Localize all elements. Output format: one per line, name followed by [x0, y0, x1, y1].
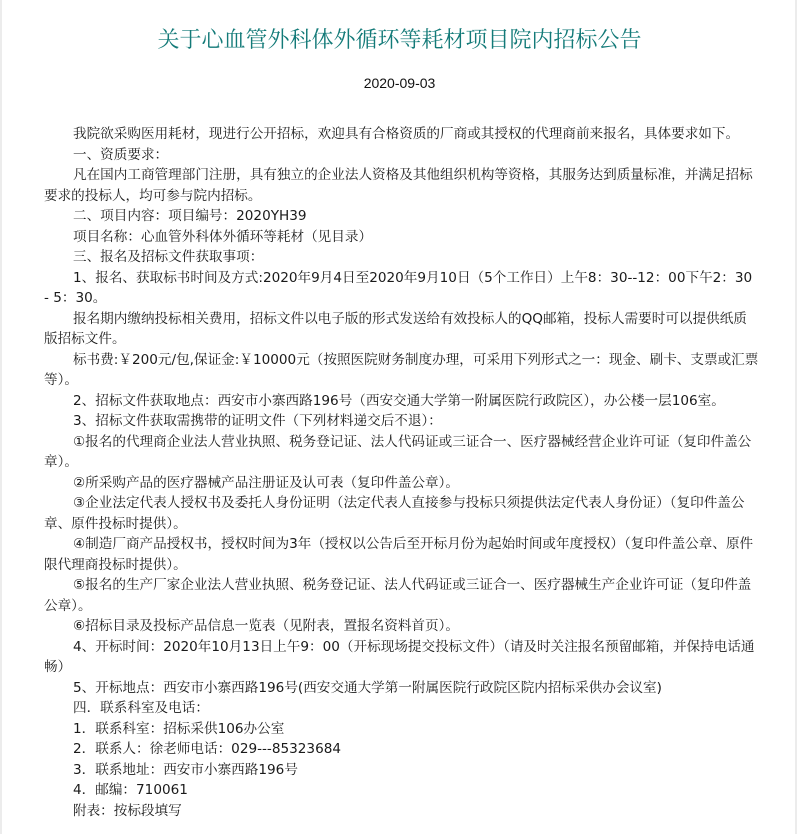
- contact-office: 1．联系科室：招标采供106办公室: [44, 719, 759, 740]
- postal-code: 4．邮编：710061: [44, 780, 759, 801]
- page-title: 关于心血管外科体外循环等耗材项目院内招标公告: [0, 26, 799, 56]
- attachment-note: 附表：按标段填写: [44, 801, 759, 822]
- document-pickup-location: 2、招标文件获取地点：西安市小寨西路196号（西安交通大学第一附属医院行政院区）…: [44, 391, 759, 412]
- required-document-item: ⑤报名的生产厂家企业法人营业执照、税务登记证、法人代码证或三证合一、医疗器械生产…: [44, 575, 759, 616]
- section-heading-qualification: 一、资质要求：: [44, 145, 759, 166]
- registration-time: 1、报名、获取标书时间及方式:2020年9月4日至2020年9月10日（5个工作…: [44, 268, 759, 309]
- required-documents-heading: 3、招标文件获取需携带的证明文件（下列材料递交后不退）：: [44, 411, 759, 432]
- section-heading-project: 二、项目内容：项目编号：2020YH39: [44, 206, 759, 227]
- publish-date: 2020-09-03: [0, 73, 799, 93]
- fee-payment-paragraph: 报名期内缴纳投标相关费用，招标文件以电子版的形式发送给有效投标人的QQ邮箱，投标…: [44, 309, 759, 350]
- qualification-paragraph: 凡在国内工商管理部门注册，具有独立的企业法人资格及其他组织机构等资格，其服务达到…: [44, 165, 759, 206]
- bid-opening-location: 5、开标地点：西安市小寨西路196号(西安交通大学第一附属医院行政院区院内招标采…: [44, 678, 759, 699]
- section-heading-registration: 三、报名及招标文件获取事项：: [44, 247, 759, 268]
- required-document-item: ③企业法定代表人授权书及委托人身份证明（法定代表人直接参与投标只须提供法定代表人…: [44, 493, 759, 534]
- required-document-item: ④制造厂商产品授权书，授权时间为3年（授权以公告后至开标月份为起始时间或年度授权…: [44, 534, 759, 575]
- bid-opening-time: 4、开标时间：2020年10月13日上午9：00（开标现场提交投标文件）（请及时…: [44, 637, 759, 678]
- announcement-body: 我院欲采购医用耗材，现进行公开招标，欢迎具有合格资质的厂商或其授权的代理商前来报…: [44, 124, 759, 821]
- project-name: 项目名称：心血管外科体外循环等耗材（见目录）: [44, 227, 759, 248]
- required-document-item: ②所采购产品的医疗器械产品注册证及认可表（复印件盖公章）。: [44, 473, 759, 494]
- required-document-item: ①报名的代理商企业法人营业执照、税务登记证、法人代码证或三证合一、医疗器械经营企…: [44, 432, 759, 473]
- fee-amount-paragraph: 标书费:￥200元/包,保证金:￥10000元（按照医院财务制度办理，可采用下列…: [44, 350, 759, 391]
- contact-person-phone: 2．联系人：徐老师电话：029---85323684: [44, 739, 759, 760]
- section-heading-contact: 四．联系科室及电话：: [44, 698, 759, 719]
- required-document-item: ⑥招标目录及投标产品信息一览表（见附表，置报名资料首页）。: [44, 616, 759, 637]
- intro-paragraph: 我院欲采购医用耗材，现进行公开招标，欢迎具有合格资质的厂商或其授权的代理商前来报…: [44, 124, 759, 145]
- contact-address: 3．联系地址：西安市小寨西路196号: [44, 760, 759, 781]
